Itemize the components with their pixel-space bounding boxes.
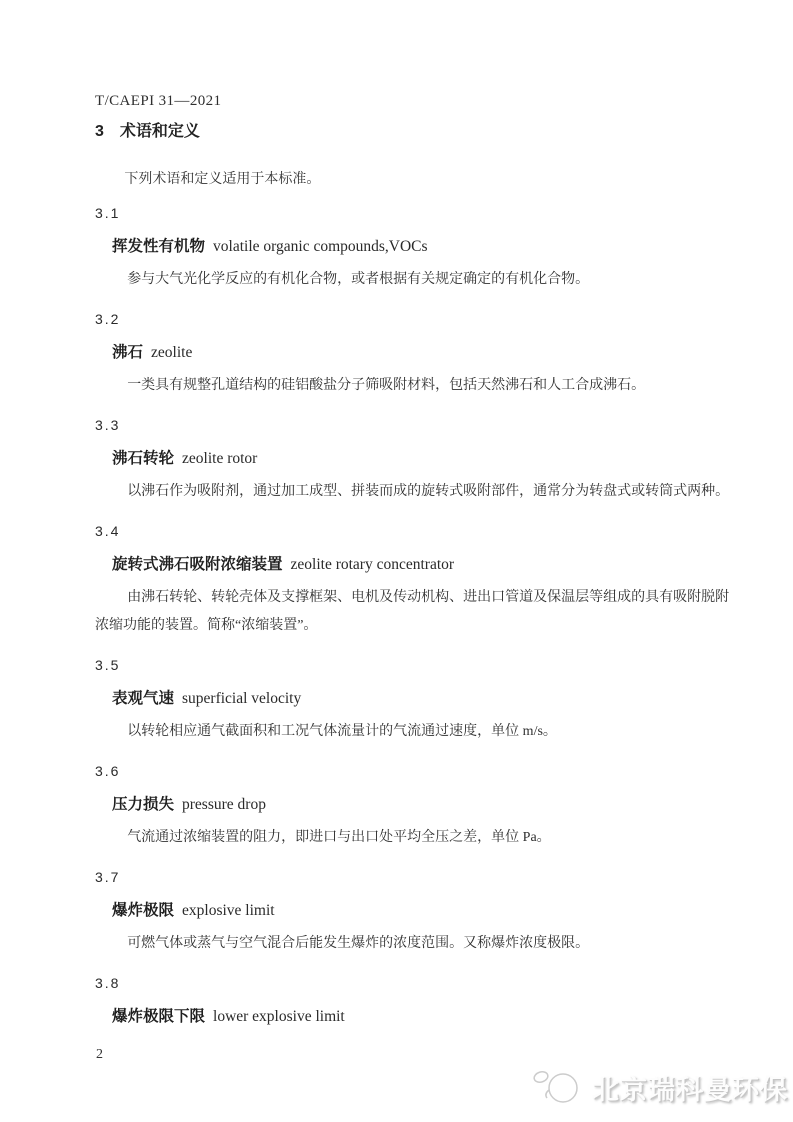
term-chinese: 表观气速 <box>112 690 174 707</box>
term-definition: 气流通过浓缩装置的阻力，即进口与出口处平均全压之差，单位 Pa。 <box>95 824 741 852</box>
term-chinese: 旋转式沸石吸附浓缩装置 <box>112 556 283 573</box>
page-number: 2 <box>96 1047 103 1063</box>
term-chinese: 压力损失 <box>112 796 174 813</box>
term-section: 3.2 沸石zeolite 一类具有规整孔道结构的硅铝酸盐分子筛吸附材料，包括天… <box>95 311 741 400</box>
term-english: zeolite <box>151 344 192 361</box>
term-line: 沸石转轮zeolite rotor <box>95 449 741 468</box>
doc-code: T/CAEPI 31—2021 <box>95 93 741 110</box>
term-definition: 以转轮相应通气截面积和工况气体流量计的气流通过速度，单位 m/s。 <box>95 718 741 746</box>
term-number: 3.3 <box>95 417 741 433</box>
term-section: 3.4 旋转式沸石吸附浓缩装置zeolite rotary concentrat… <box>95 523 741 640</box>
term-section: 3.7 爆炸极限explosive limit 可燃气体或蒸气与空气混合后能发生… <box>95 869 741 958</box>
term-definition: 一类具有规整孔道结构的硅铝酸盐分子筛吸附材料，包括天然沸石和人工合成沸石。 <box>95 372 741 400</box>
term-english: superficial velocity <box>182 690 301 707</box>
term-number: 3.2 <box>95 311 741 327</box>
term-english: pressure drop <box>182 796 266 813</box>
term-section: 3.3 沸石转轮zeolite rotor 以沸石作为吸附剂，通过加工成型、拼装… <box>95 417 741 506</box>
term-english: explosive limit <box>182 902 275 919</box>
term-english: volatile organic compounds,VOCs <box>213 238 428 255</box>
document-page: T/CAEPI 31—2021 3术语和定义 下列术语和定义适用于本标准。 3.… <box>0 0 793 1122</box>
watermark-logo-icon <box>529 1065 585 1110</box>
term-line: 爆炸极限explosive limit <box>95 901 741 920</box>
terms-list: 3.1 挥发性有机物volatile organic compounds,VOC… <box>95 205 741 1026</box>
term-number: 3.4 <box>95 523 741 539</box>
term-line: 挥发性有机物volatile organic compounds,VOCs <box>95 237 741 256</box>
term-number: 3.8 <box>95 975 741 991</box>
term-line: 旋转式沸石吸附浓缩装置zeolite rotary concentrator <box>95 555 741 574</box>
term-line: 压力损失pressure drop <box>95 795 741 814</box>
term-definition: 参与大气光化学反应的有机化合物，或者根据有关规定确定的有机化合物。 <box>95 266 741 294</box>
term-line: 沸石zeolite <box>95 343 741 362</box>
term-number: 3.7 <box>95 869 741 885</box>
term-section: 3.8 爆炸极限下限lower explosive limit <box>95 975 741 1026</box>
term-english: zeolite rotor <box>182 450 257 467</box>
section-heading: 3术语和定义 <box>95 122 741 141</box>
term-line: 爆炸极限下限lower explosive limit <box>95 1007 741 1026</box>
term-chinese: 爆炸极限下限 <box>112 1008 205 1025</box>
term-number: 3.6 <box>95 763 741 779</box>
term-definition: 可燃气体或蒸气与空气混合后能发生爆炸的浓度范围。又称爆炸浓度极限。 <box>95 930 741 958</box>
term-section: 3.1 挥发性有机物volatile organic compounds,VOC… <box>95 205 741 294</box>
term-section: 3.6 压力损失pressure drop 气流通过浓缩装置的阻力，即进口与出口… <box>95 763 741 852</box>
term-number: 3.5 <box>95 657 741 673</box>
term-line: 表观气速superficial velocity <box>95 689 741 708</box>
section-heading-number: 3 <box>95 123 104 140</box>
term-chinese: 沸石转轮 <box>112 450 174 467</box>
term-number: 3.1 <box>95 205 741 221</box>
term-definition: 由沸石转轮、转轮壳体及支撑框架、电机及传动机构、进出口管道及保温层等组成的具有吸… <box>95 584 741 640</box>
term-english: zeolite rotary concentrator <box>291 556 455 573</box>
intro-paragraph: 下列术语和定义适用于本标准。 <box>95 172 741 188</box>
term-chinese: 挥发性有机物 <box>112 238 205 255</box>
watermark-text: 北京瑞科曼环保 <box>592 1068 788 1107</box>
term-chinese: 爆炸极限 <box>112 902 174 919</box>
page-content: T/CAEPI 31—2021 3术语和定义 下列术语和定义适用于本标准。 3.… <box>0 0 793 1026</box>
term-section: 3.5 表观气速superficial velocity 以转轮相应通气截面积和… <box>95 657 741 746</box>
term-definition: 以沸石作为吸附剂，通过加工成型、拼装而成的旋转式吸附部件，通常分为转盘式或转筒式… <box>95 478 741 506</box>
term-english: lower explosive limit <box>213 1008 345 1025</box>
watermark: 北京瑞科曼环保 <box>529 1065 788 1110</box>
term-chinese: 沸石 <box>112 344 143 361</box>
section-heading-title: 术语和定义 <box>120 123 200 140</box>
